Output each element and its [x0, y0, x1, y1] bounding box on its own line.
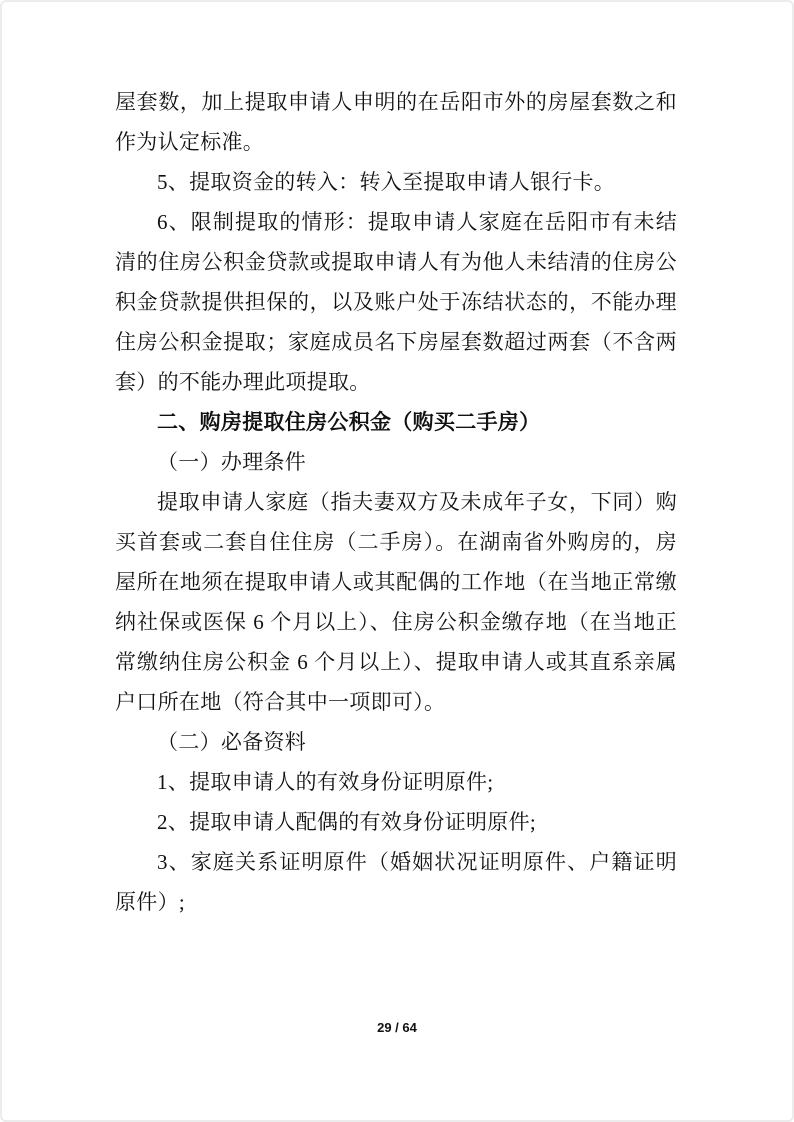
section-heading: 二、购房提取住房公积金（购买二手房） — [115, 402, 677, 442]
paragraph: （一）办理条件 — [115, 442, 677, 482]
paragraph: 6、限制提取的情形：提取申请人家庭在岳阳市有未结清的住房公积金贷款或提取申请人有… — [115, 202, 677, 402]
paragraph: （二）必备资料 — [115, 722, 677, 762]
paragraph: 3、家庭关系证明原件（婚姻状况证明原件、户籍证明原件）; — [115, 842, 677, 922]
document-body: 屋套数，加上提取申请人申明的在岳阳市外的房屋套数之和作为认定标准。5、提取资金的… — [115, 82, 677, 922]
paragraph: 5、提取资金的转入：转入至提取申请人银行卡。 — [115, 162, 677, 202]
paragraph: 2、提取申请人配偶的有效身份证明原件; — [115, 802, 677, 842]
paragraph: 屋套数，加上提取申请人申明的在岳阳市外的房屋套数之和作为认定标准。 — [115, 82, 677, 162]
paragraph: 1、提取申请人的有效身份证明原件; — [115, 762, 677, 802]
paragraph: 提取申请人家庭（指夫妻双方及未成年子女，下同）购买首套或二套自住住房（二手房）。… — [115, 482, 677, 722]
page-number: 29 / 64 — [2, 1020, 792, 1035]
document-page: 屋套数，加上提取申请人申明的在岳阳市外的房屋套数之和作为认定标准。5、提取资金的… — [0, 0, 794, 1122]
